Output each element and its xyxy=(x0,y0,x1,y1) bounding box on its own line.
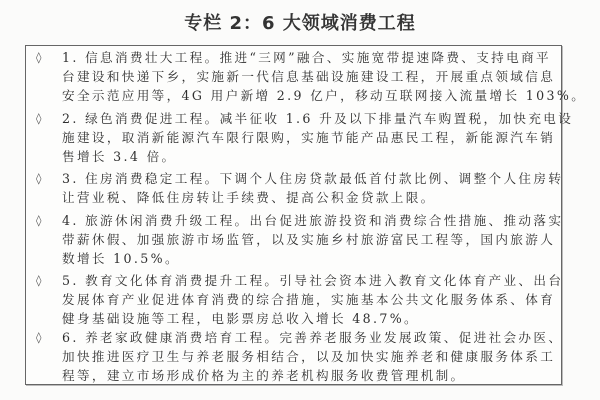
diamond-bullet-icon: ◊ xyxy=(36,112,46,126)
diamond-bullet-icon: ◊ xyxy=(36,274,46,288)
text-line: 5. 教育文化体育消费提升工程。引导社会资本进入教育文化体育产业、出台 xyxy=(62,272,550,291)
diamond-bullet-icon: ◊ xyxy=(36,214,46,228)
text-line: 程等，建立市场形成价格为主的养老机构服务收费管理机制。 xyxy=(62,367,550,386)
text-line: 数增长 10.5%。 xyxy=(62,250,550,269)
diamond-bullet-icon: ◊ xyxy=(36,331,46,345)
item-text: 2. 绿色消费促进工程。减半征收 1.6 升及以下排量汽车购置税，加快充电设 施… xyxy=(62,110,550,166)
diamond-bullet-icon: ◊ xyxy=(36,172,46,186)
item-text: 4. 旅游休闲消费升级工程。出台促进旅游投资和消费综合性措施、推动落实 带薪休假… xyxy=(62,212,550,268)
text-line: 健身基础设施等工程，电影票房总收入增长 48.7%。 xyxy=(62,310,550,329)
text-line: 发展体育产业促进体育消费的综合措施，实施基本公共文化服务体系、体育 xyxy=(62,291,550,310)
text-line: 让营业税、降低住房转让手续费、提高公积金贷款上限。 xyxy=(62,189,550,208)
item-text: 3. 住房消费稳定工程。下调个人住房贷款最低首付款比例、调整个人住房转 让营业税… xyxy=(62,170,550,208)
page-title: 专栏 2：6 大领域消费工程 xyxy=(0,9,600,35)
text-line: 3. 住房消费稳定工程。下调个人住房贷款最低首付款比例、调整个人住房转 xyxy=(62,170,550,189)
text-line: 台建设和快递下乡，实施新一代信息基础设施建设工程，开展重点领域信息 xyxy=(62,68,550,87)
text-line: 4. 旅游休闲消费升级工程。出台促进旅游投资和消费综合性措施、推动落实 xyxy=(62,212,550,231)
item-text: 5. 教育文化体育消费提升工程。引导社会资本进入教育文化体育产业、出台 发展体育… xyxy=(62,272,550,328)
text-line: 6. 养老家政健康消费培育工程。完善养老服务业发展政策、促进社会办医、 xyxy=(62,329,550,348)
text-line: 1. 信息消费壮大工程。推进“三网”融合、实施宽带提速降费、支持电商平 xyxy=(62,49,550,68)
item-text: 6. 养老家政健康消费培育工程。完善养老服务业发展政策、促进社会办医、 加快推进… xyxy=(62,329,550,385)
info-box: ◊ 1. 信息消费壮大工程。推进“三网”融合、实施宽带提速降费、支持电商平 台建… xyxy=(25,45,562,385)
text-line: 带薪休假、加强旅游市场监管，以及实施乡村旅游富民工程等，国内旅游人 xyxy=(62,231,550,250)
text-line: 售增长 3.4 倍。 xyxy=(62,148,550,167)
item-text: 1. 信息消费壮大工程。推进“三网”融合、实施宽带提速降费、支持电商平 台建设和… xyxy=(62,49,550,105)
text-line: 加快推进医疗卫生与养老服务相结合，以及加快实施养老和健康服务体系工 xyxy=(62,348,550,367)
text-line: 2. 绿色消费促进工程。减半征收 1.6 升及以下排量汽车购置税，加快充电设 xyxy=(62,110,550,129)
text-line: 施建设，取消新能源汽车限行限购，实施节能产品惠民工程，新能源汽车销 xyxy=(62,129,550,148)
diamond-bullet-icon: ◊ xyxy=(36,51,46,65)
text-line: 安全示范应用等，4G 用户新增 2.9 亿户，移动互联网接入流量增长 103%。 xyxy=(62,87,550,106)
